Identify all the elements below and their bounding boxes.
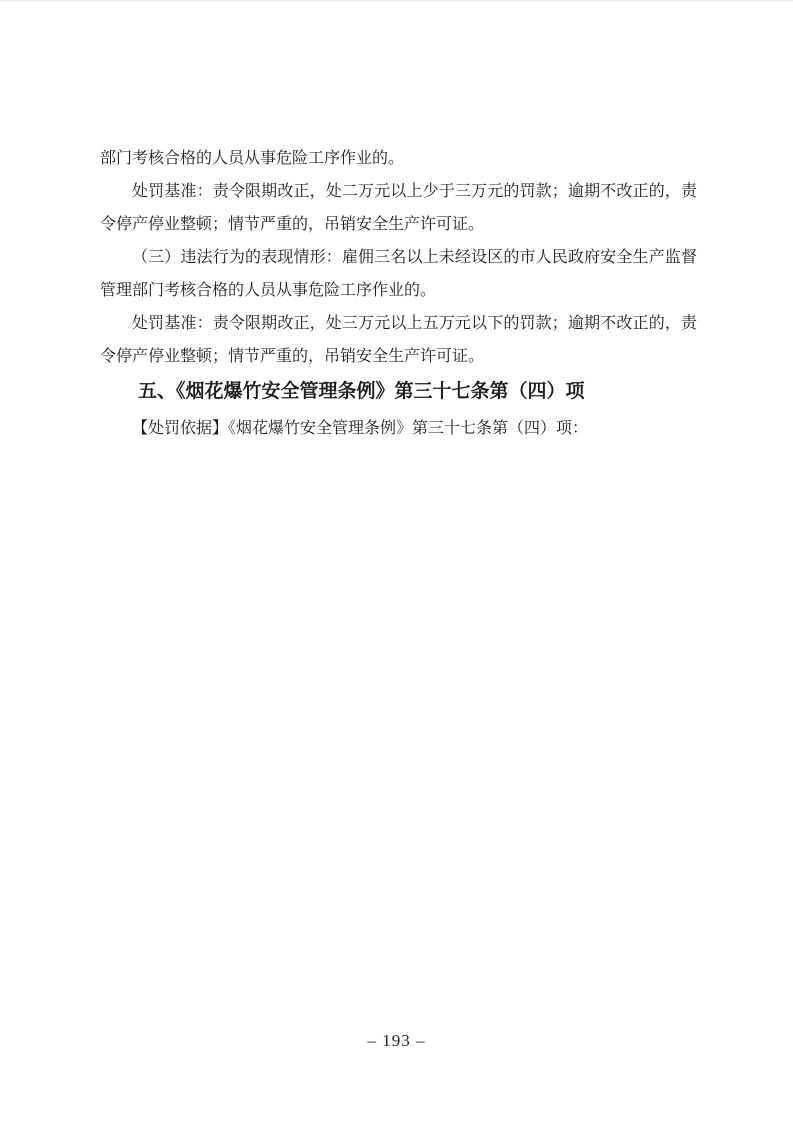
page-edge [0,0,793,1]
paragraph-line: 处罚基准：责令限期改正，处三万元以上五万元以下的罚款；逾期不改正的，责 [100,307,697,340]
paragraph-line: 令停产停业整顿；情节严重的，吊销安全生产许可证。 [100,208,697,241]
section-heading: 五、《烟花爆竹安全管理条例》第三十七条第（四）项 [100,374,697,410]
paragraph-line: 令停产停业整顿；情节严重的，吊销安全生产许可证。 [100,340,697,373]
document-body: 部门考核合格的人员从事危险工序作业的。 处罚基准：责令限期改正，处二万元以上少于… [100,142,697,445]
paragraph-line: 部门考核合格的人员从事危险工序作业的。 [100,142,697,175]
paragraph-line: （三）违法行为的表现情形：雇佣三名以上未经设区的市人民政府安全生产监督 [100,241,697,274]
page-number: – 193 – [0,1031,793,1051]
paragraph-line: 处罚基准：责令限期改正，处二万元以上少于三万元的罚款；逾期不改正的，责 [100,175,697,208]
paragraph-line: 管理部门考核合格的人员从事危险工序作业的。 [100,274,697,307]
citation-line: 【处罚依据】《烟花爆竹安全管理条例》第三十七条第（四）项： [100,412,697,445]
